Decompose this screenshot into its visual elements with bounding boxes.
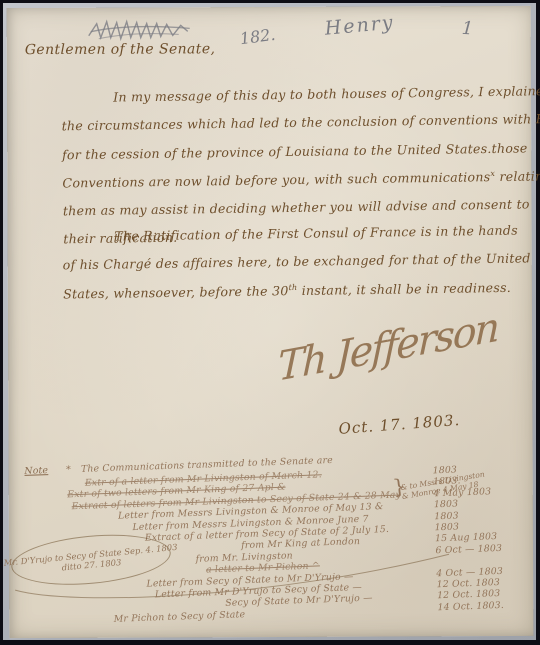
page-number: 1 [461,18,474,40]
scribble-icon [87,15,192,43]
document-paper: 182. Henry 1 Gentlemen of the Senate, In… [7,6,534,638]
body-line: States, whensoever, before the 30th inst… [63,279,528,314]
docket-name: Henry [324,11,396,39]
note-label: Note [24,465,48,477]
body-line-text: instant, it shall be in readiness. [297,279,511,297]
signature: Th Jefferson [277,304,499,391]
body-line-text: States, whensoever, before the 30 [63,283,289,301]
date-line: Oct. 17. 1803. [338,411,461,438]
paragraph-2: The Ratification of the First Consul of … [62,222,528,314]
salutation: Gentlemen of the Senate, [25,41,216,58]
body-line-text: relating to [495,168,540,184]
note-asterisk: * [66,464,71,475]
docket-number: 182. [239,25,277,48]
body-line-text: those [491,140,527,169]
